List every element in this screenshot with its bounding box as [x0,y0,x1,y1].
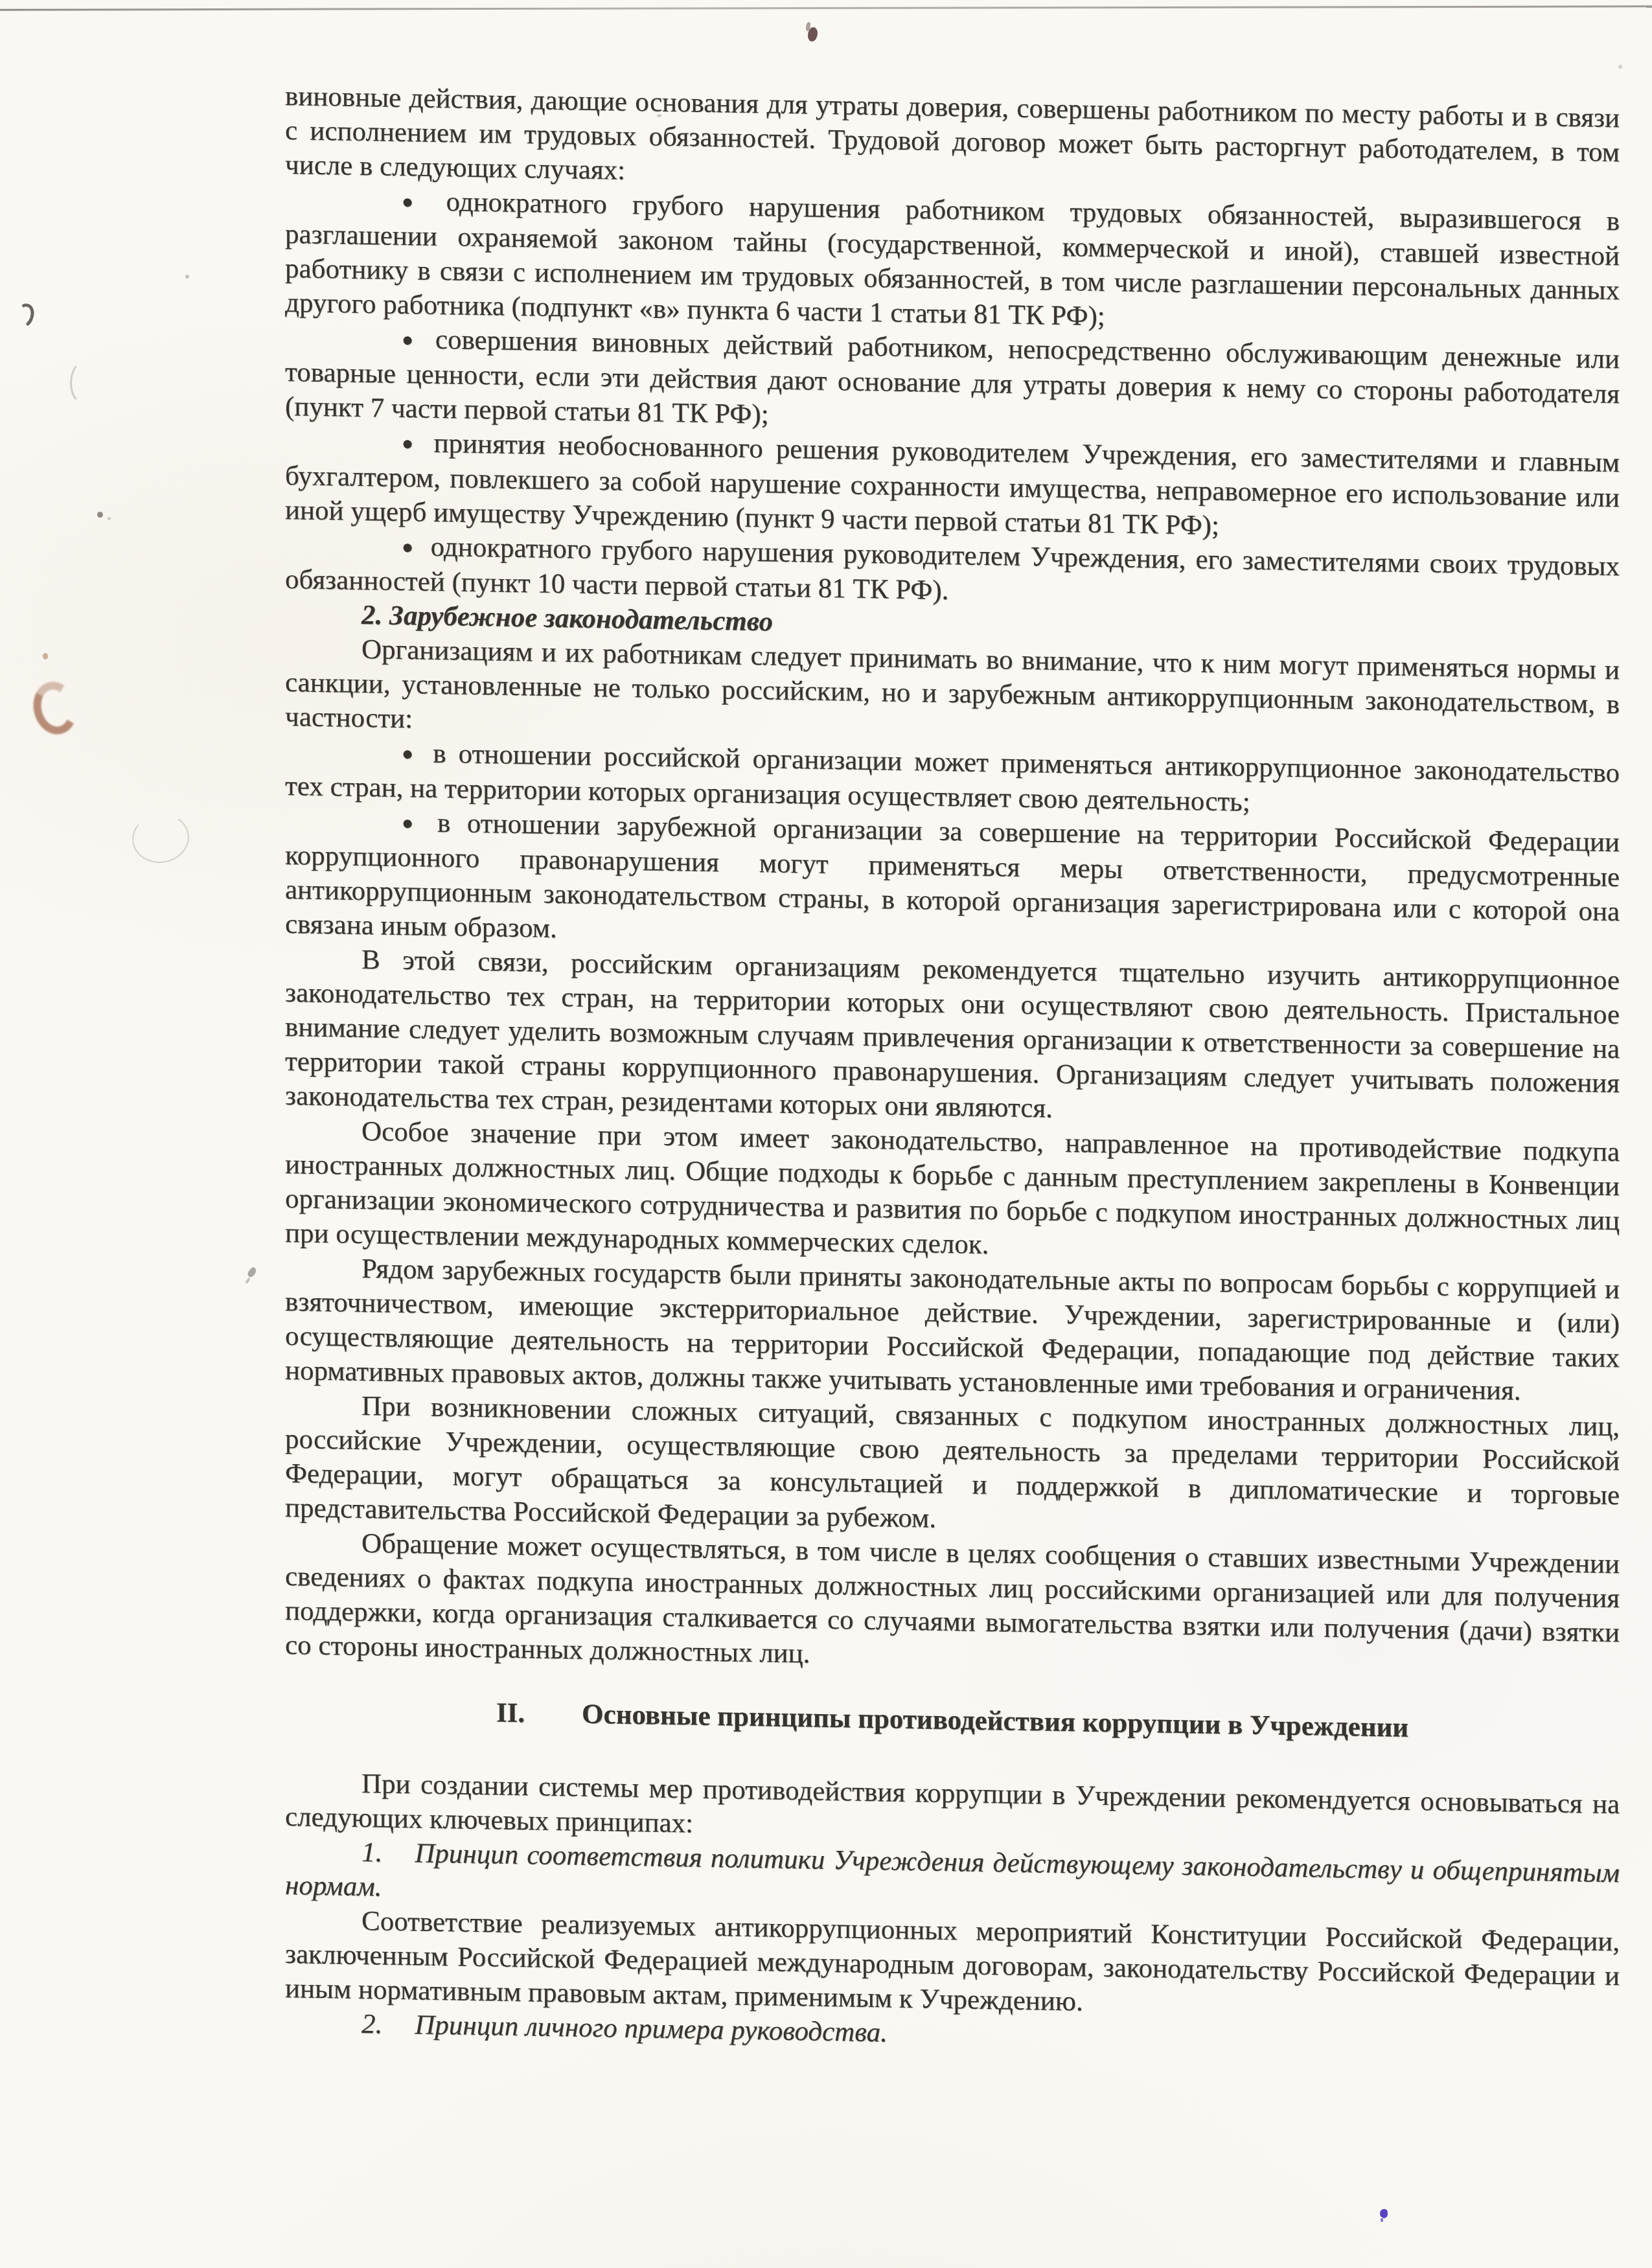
section-number: II. [496,1697,525,1728]
faint-arc-mark [70,360,101,406]
paragraph-study-legislation: В этой связи, российским организациям ре… [285,941,1620,1135]
paragraph-oecd-convention: Особое значение при этом имеет законодат… [285,1113,1620,1272]
dust-speck [1618,65,1622,69]
pencil-circle-mark [129,810,192,867]
paragraph-extraterritorial-acts: Рядом зарубежных государств были приняты… [285,1250,1620,1410]
scanned-document-page: { "document": { "blocks": [ { "type": "p… [0,0,1652,2268]
principle-number: 2. [361,2009,382,2040]
paragraph-difficult-situations: При возникновении сложных ситуаций, связ… [285,1388,1620,1547]
rust-dot [43,653,48,659]
ink-curl-mark [12,301,37,330]
principle-text: Принцип личного примера руководства. [415,2010,888,2048]
bullet-item-disclosure-secrets: однократного грубого нарушения работнико… [285,182,1620,342]
bullet-item-foreign-org: в отношении зарубежной организации за со… [285,803,1620,963]
section-heading-principles: II.Основные принципы противодействия кор… [285,1692,1620,1748]
gray-tick-mark [246,1266,258,1279]
rust-smudge [28,677,82,739]
principle-number: 1. [361,1837,382,1868]
section-title: Основные принципы противодействия корруп… [582,1699,1408,1743]
ink-dot [97,512,103,518]
blue-ink-speck [1380,2209,1388,2218]
ink-speck [808,27,818,41]
page-content: виновные действия, дающие основания для … [285,79,1620,2062]
scan-top-edge-line [0,5,1652,10]
dust-speck [185,275,189,279]
paragraph-appeal-purpose: Обращение может осуществляться, в том чи… [285,1525,1620,1684]
